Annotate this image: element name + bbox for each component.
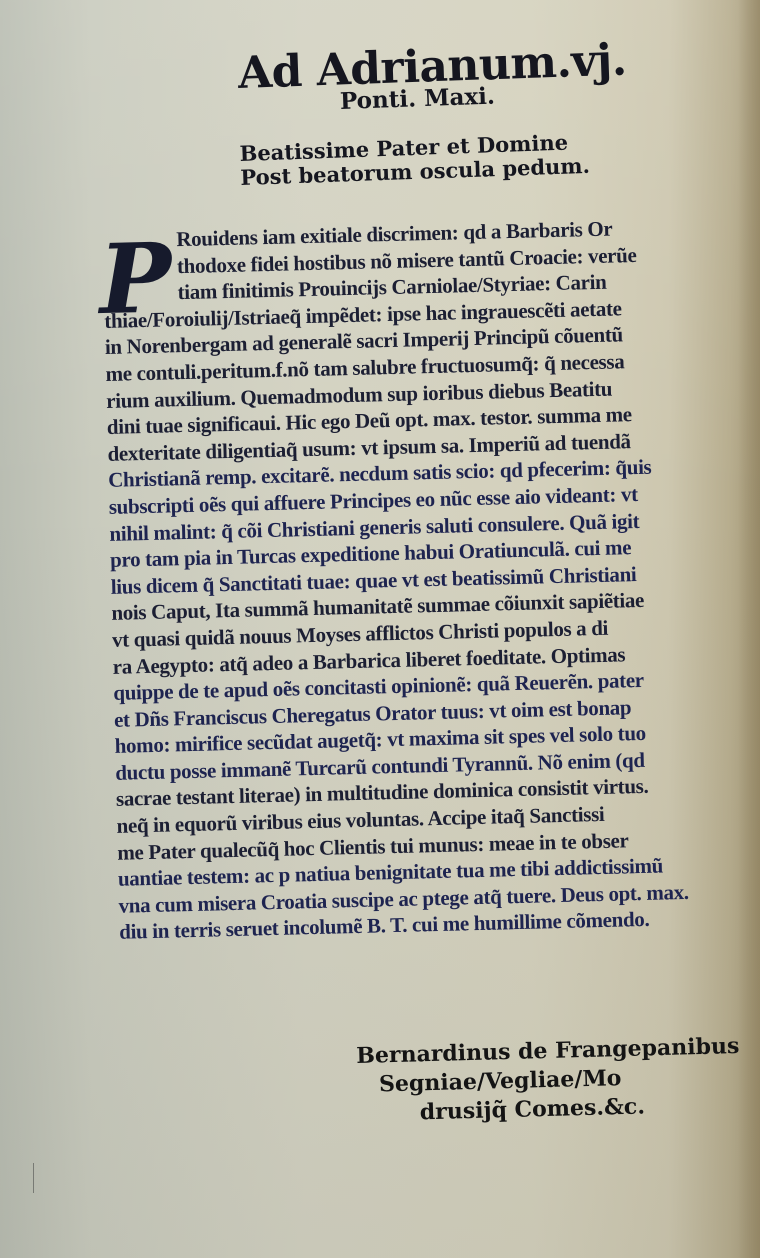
document-subheading: Ponti. Maxi. [340,83,496,115]
salutation: Beatissime Pater et Domine Post beatorum… [239,130,590,190]
drop-cap-initial: P [98,230,173,328]
signature-block: Bernardinus de Frangepanibus Segniae/Veg… [356,1032,741,1129]
page-edge [738,0,760,1258]
paper-mark [33,1163,34,1193]
letter-body: P Rouidens iam exitiale discrimen: qd a … [102,213,743,946]
